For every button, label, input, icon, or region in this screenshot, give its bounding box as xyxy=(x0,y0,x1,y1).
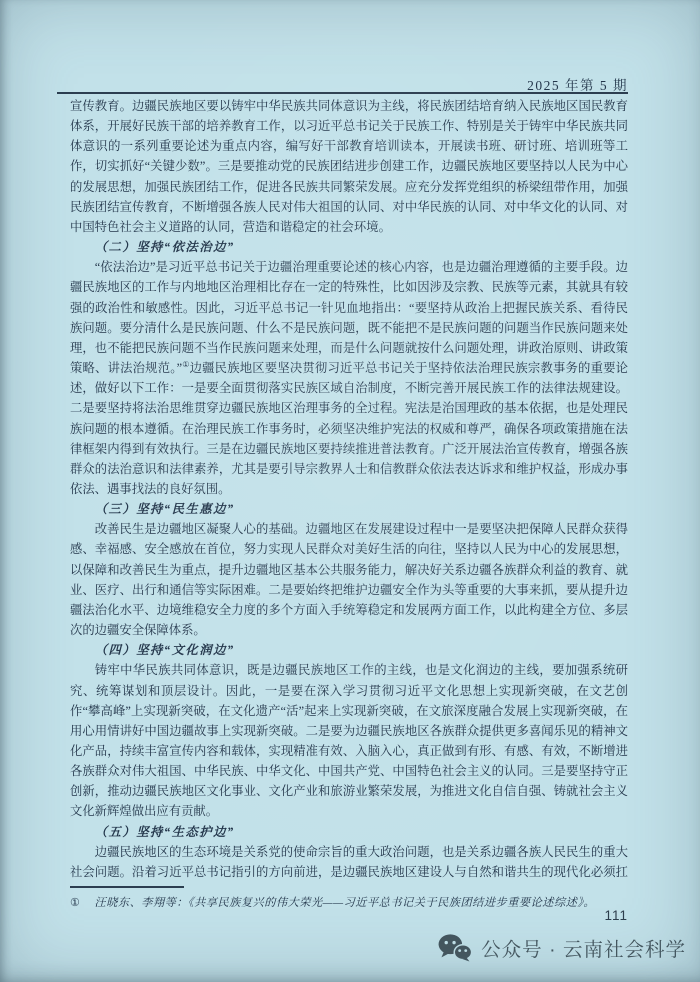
body-paragraph: 宣传教育。边疆民族地区要以铸牢中华民族共同体意识为主线，将民族团结培育纳入民族地… xyxy=(70,96,628,237)
wechat-account-label: 公众号 · 云南社会科学 xyxy=(481,934,686,962)
footnote-marker: ① xyxy=(70,897,81,909)
wechat-footer: 公众号 · 云南社会科学 xyxy=(438,934,686,962)
footnote-text: 汪晓东、李翔等：《共享民族复兴的伟大荣光——习近平总书记关于民族团结进步重要论述… xyxy=(95,897,596,909)
footnote: ①汪晓东、李翔等：《共享民族复兴的伟大荣光——习近平总书记关于民族团结进步重要论… xyxy=(70,894,628,910)
body-paragraph: 铸牢中华民族共同体意识，既是边疆民族地区工作的主线，也是文化润边的主线，要加强系… xyxy=(70,660,628,821)
body-paragraph: “依法治边”是习近平总书记关于边疆治理重要论述的核心内容，也是边疆治理遵循的主要… xyxy=(70,257,628,499)
body-paragraph: 改善民生是边疆地区凝聚人心的基础。边疆地区在发展建设过程中一是要坚决把保障人民群… xyxy=(70,519,628,640)
page-number: 111 xyxy=(604,908,628,923)
section-heading: （五）坚持“生态护边” xyxy=(70,822,628,842)
body-paragraph: 边疆民族地区的生态环境是关系党的使命宗旨的重大政治问题，也是关系边疆各族人民民生… xyxy=(70,842,628,884)
wechat-icon xyxy=(438,934,472,962)
section-heading: （二）坚持“依法治边” xyxy=(70,237,628,257)
section-heading: （三）坚持“民生惠边” xyxy=(70,499,628,519)
footnote-separator xyxy=(70,886,184,888)
header-rule xyxy=(57,92,628,94)
journal-page: 2025 年第 5 期 宣传教育。边疆民族地区要以铸牢中华民族共同体意识为主线，… xyxy=(0,0,700,982)
article-body: 宣传教育。边疆民族地区要以铸牢中华民族共同体意识为主线，将民族团结培育纳入民族地… xyxy=(70,96,628,884)
issue-label: 2025 年第 5 期 xyxy=(527,74,628,94)
section-heading: （四）坚持“文化润边” xyxy=(70,640,628,660)
footnote-ref-marker: ① xyxy=(182,360,190,369)
